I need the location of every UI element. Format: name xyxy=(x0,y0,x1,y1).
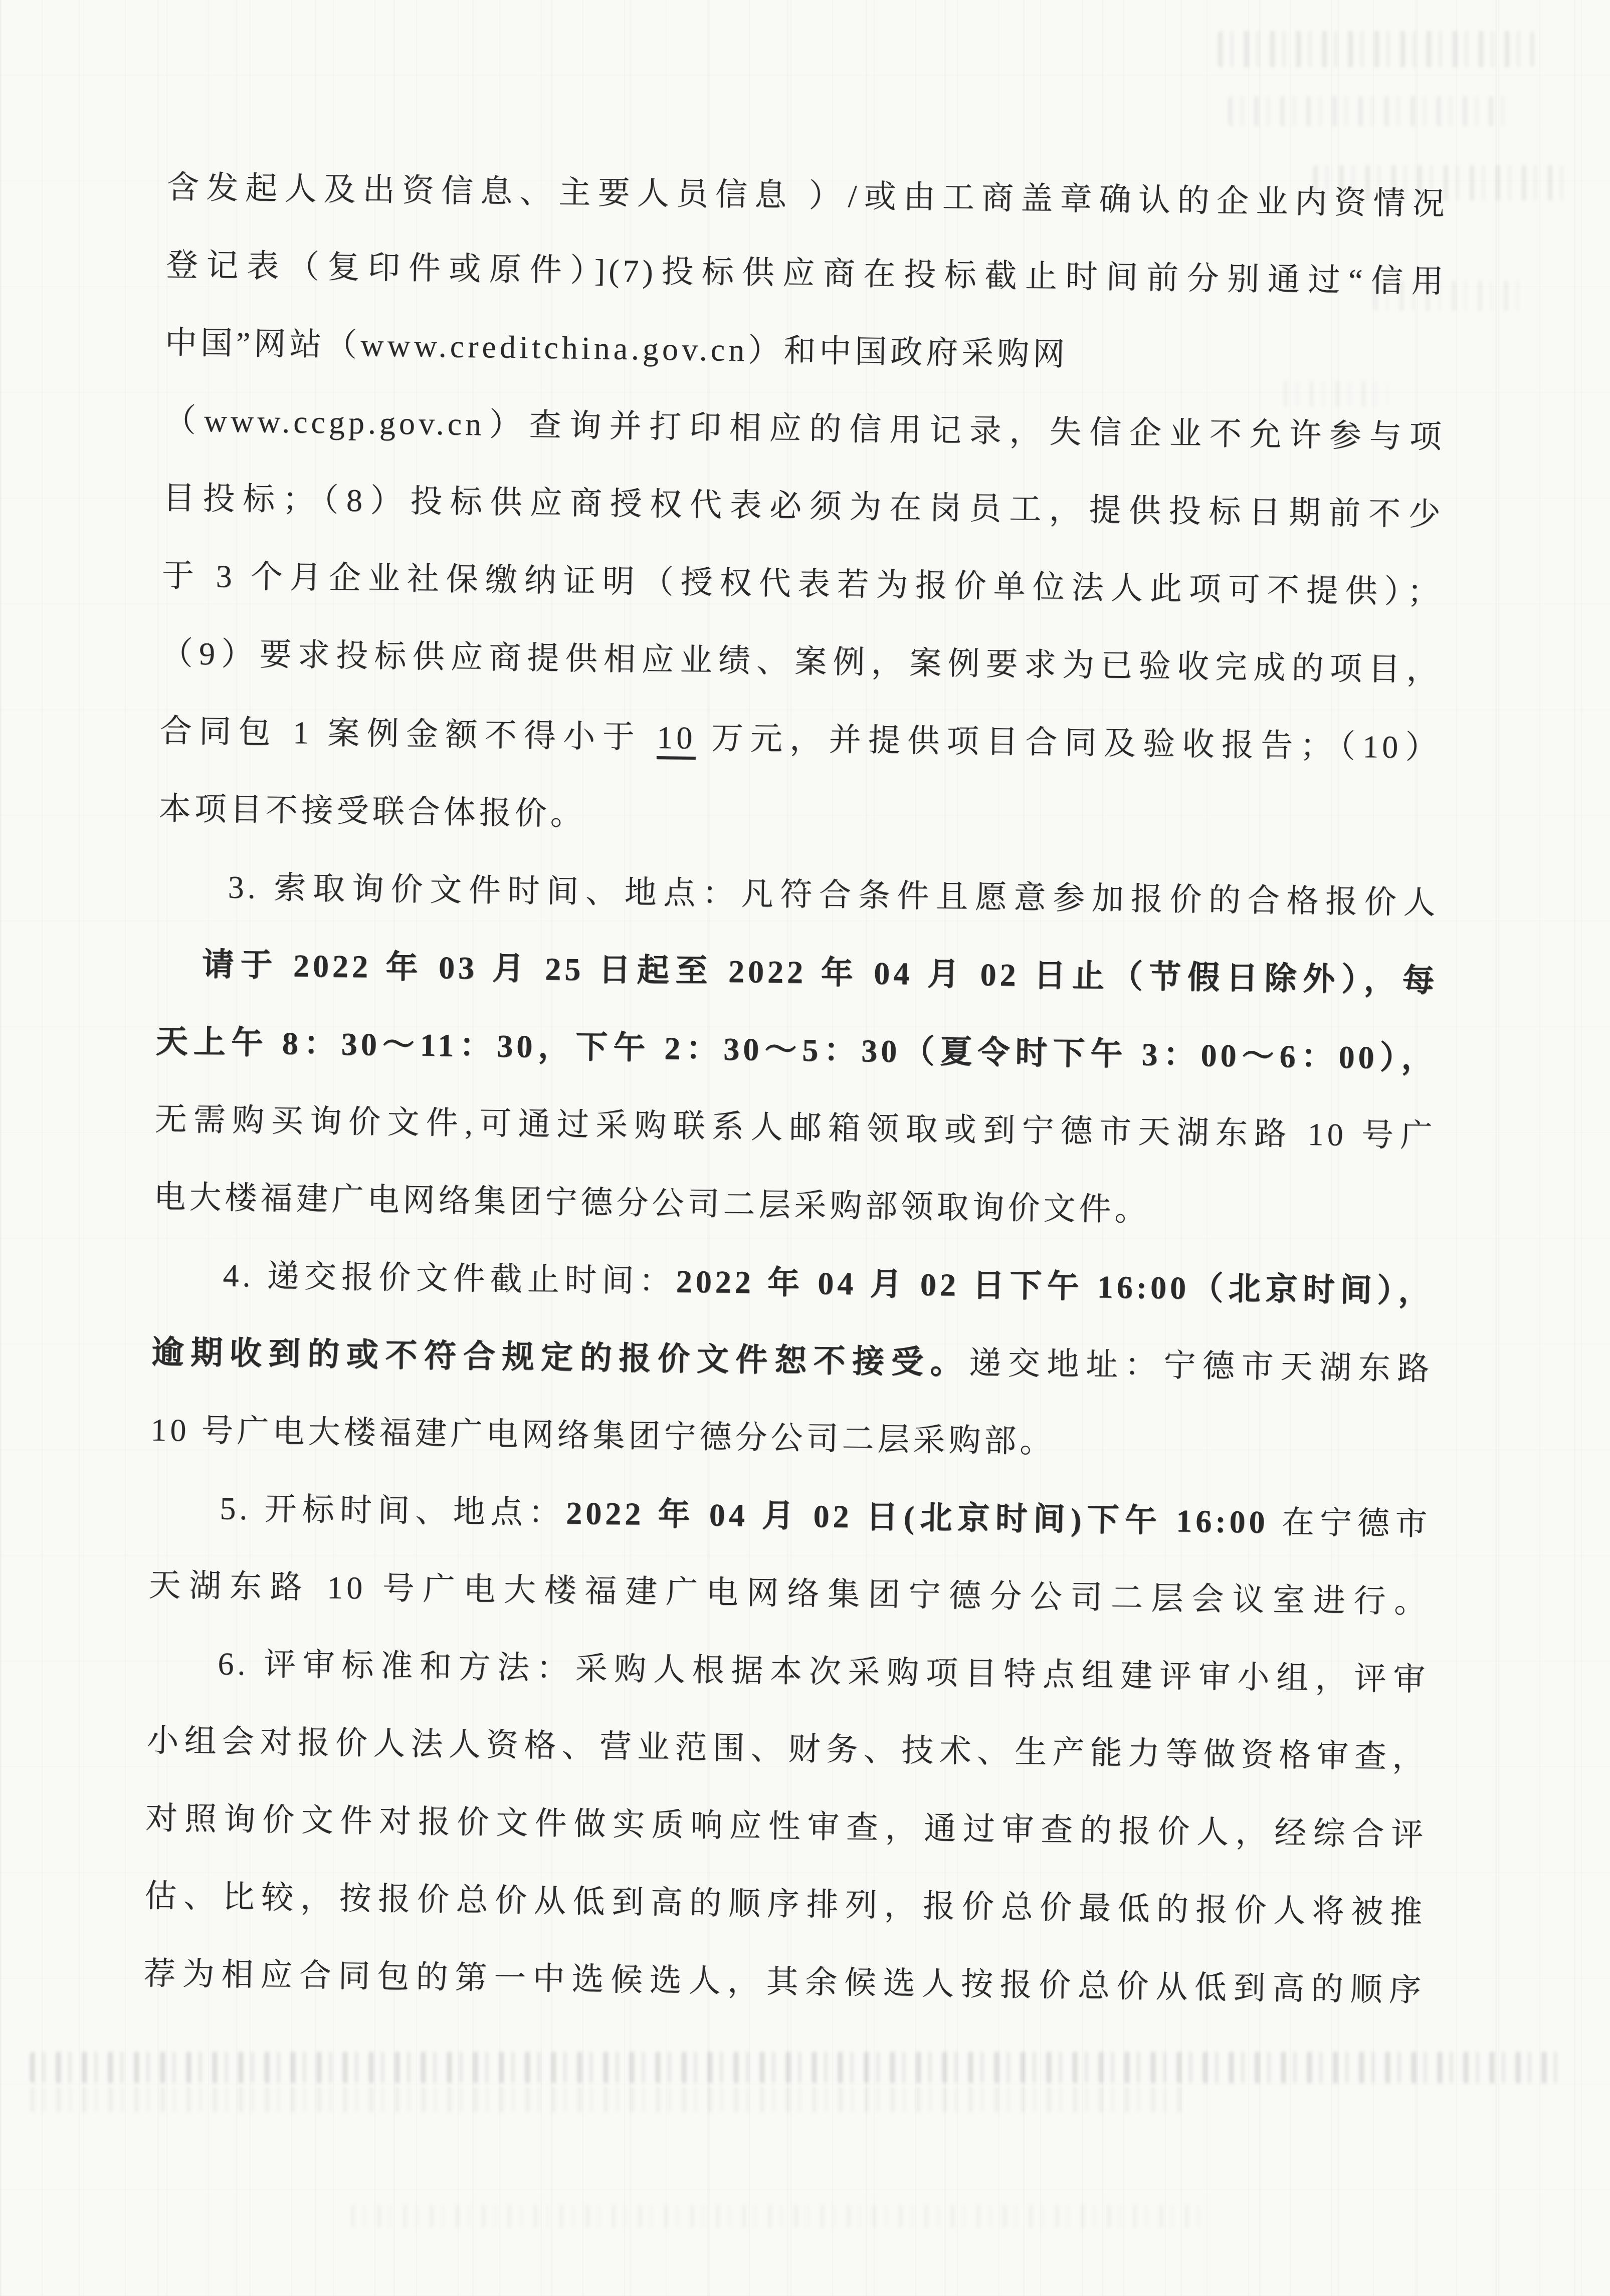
bleed-through-mark xyxy=(1218,31,1534,67)
text-segment-bold: 2022 年 04 月 02 日(北京时间)下午 16:00 xyxy=(566,1495,1269,1540)
text-segment: 10 号广电大楼福建广电网络集团宁德分公司二层采购部。 xyxy=(150,1412,1056,1460)
text-segment: 在宁德市 xyxy=(1268,1504,1431,1542)
text-segment: 登记表（复印件或原件）](7)投标供应商在投标截止时间前分别通过“信用 xyxy=(166,247,1448,299)
bleed-through-mark xyxy=(30,2087,1183,2112)
text-segment: 于 3 个月企业社保缴纳证明（授权代表若为报价单位法人此项可不提供）； xyxy=(161,558,1443,610)
text-segment: 估、比较，按报价总价从低到高的顺序排列，报价总价最低的报价人将被推 xyxy=(144,1878,1426,1930)
text-segment: 5. 开标时间、地点： xyxy=(220,1491,566,1531)
text-segment: 万元，并提供项目合同及验收报告；（10） xyxy=(696,720,1441,765)
text-segment: 中国”网站（www.creditchina.gov.cn）和中国政府采购网 xyxy=(164,325,1068,372)
text-segment-bold: 逾期收到的或不符合规定的报价文件恕不接受。 xyxy=(151,1334,969,1381)
bleed-through-mark xyxy=(30,2052,1564,2083)
text-segment: 3. 索取询价文件时间、地点：凡符合条件且愿意参加报价的合格报价人 xyxy=(228,869,1439,921)
text-segment: 合同包 1 案例金额不得小于 xyxy=(159,713,657,755)
bleed-through-mark xyxy=(1228,96,1509,126)
text-segment: 含发起人及出资信息、主要人员信息 ）/或由工商盖章确认的企业内资情况 xyxy=(167,169,1449,221)
text-segment: 小组会对报价人法人资格、营业范围、财务、技术、生产能力等做资格审查， xyxy=(146,1723,1428,1775)
text-segment: 无需购买询价文件,可通过采购联系人邮箱领取或到宁德市天湖东路 10 号广 xyxy=(154,1101,1436,1154)
text-segment: 电大楼福建广电网络集团宁德分公司二层采购部领取询价文件。 xyxy=(153,1179,1150,1228)
text-segment: 4. 递交报价文件截止时间： xyxy=(223,1258,676,1299)
text-segment: （www.ccgp.gov.cn）查询并打印相应的信用记录，失信企业不允许参与项 xyxy=(163,402,1445,454)
text-segment: 天湖东路 10 号广电大楼福建广电网络集团宁德分公司二层会议室进行。 xyxy=(148,1567,1430,1620)
text-segment: 本项目不接受联合体报价。 xyxy=(158,791,586,832)
text-segment: 目投标；（8）投标供应商授权代表必须为在岗员工，提供投标日期前不少 xyxy=(162,480,1444,532)
text-segment-bold: 2022 年 04 月 02 日下午 16:00（北京时间）， xyxy=(676,1263,1434,1309)
text-segment: 荐为相应合同包的第一中选候选人，其余候选人按报价总价从低到高的顺序 xyxy=(143,1956,1425,2008)
bleed-through-mark xyxy=(351,2205,1203,2228)
text-segment: 对照询价文件对报价文件做实质响应性审查，通过审查的报价人，经综合评 xyxy=(145,1800,1427,1853)
text-segment: 6. 评审标准和方法：采购人根据本次采购项目特点组建评审小组，评审 xyxy=(218,1646,1429,1698)
text-segment-underlined: 10 xyxy=(657,720,696,756)
text-segment-bold: 请于 2022 年 03 月 25 日起至 2022 年 04 月 02 日止（… xyxy=(202,947,1438,998)
document-text: 含发起人及出资信息、主要人员信息 ）/或由工商盖章确认的企业内资情况登记表（复印… xyxy=(143,149,1448,2030)
scanned-document-page: { "colors": { "paper": "#f9f9f6", "ink":… xyxy=(0,0,1610,2296)
text-segment: 递交地址：宁德市天湖东路 xyxy=(969,1345,1433,1387)
text-segment: （9）要求投标供应商提供相应业绩、案例，案例要求为已验收完成的项目， xyxy=(160,635,1442,687)
text-line: 荐为相应合同包的第一中选候选人，其余候选人按报价总价从低到高的顺序 xyxy=(143,1936,1425,2030)
text-segment-bold: 天上午 8：30～11：30，下午 2：30～5：30（夏令时下午 3：00～6… xyxy=(155,1024,1437,1076)
